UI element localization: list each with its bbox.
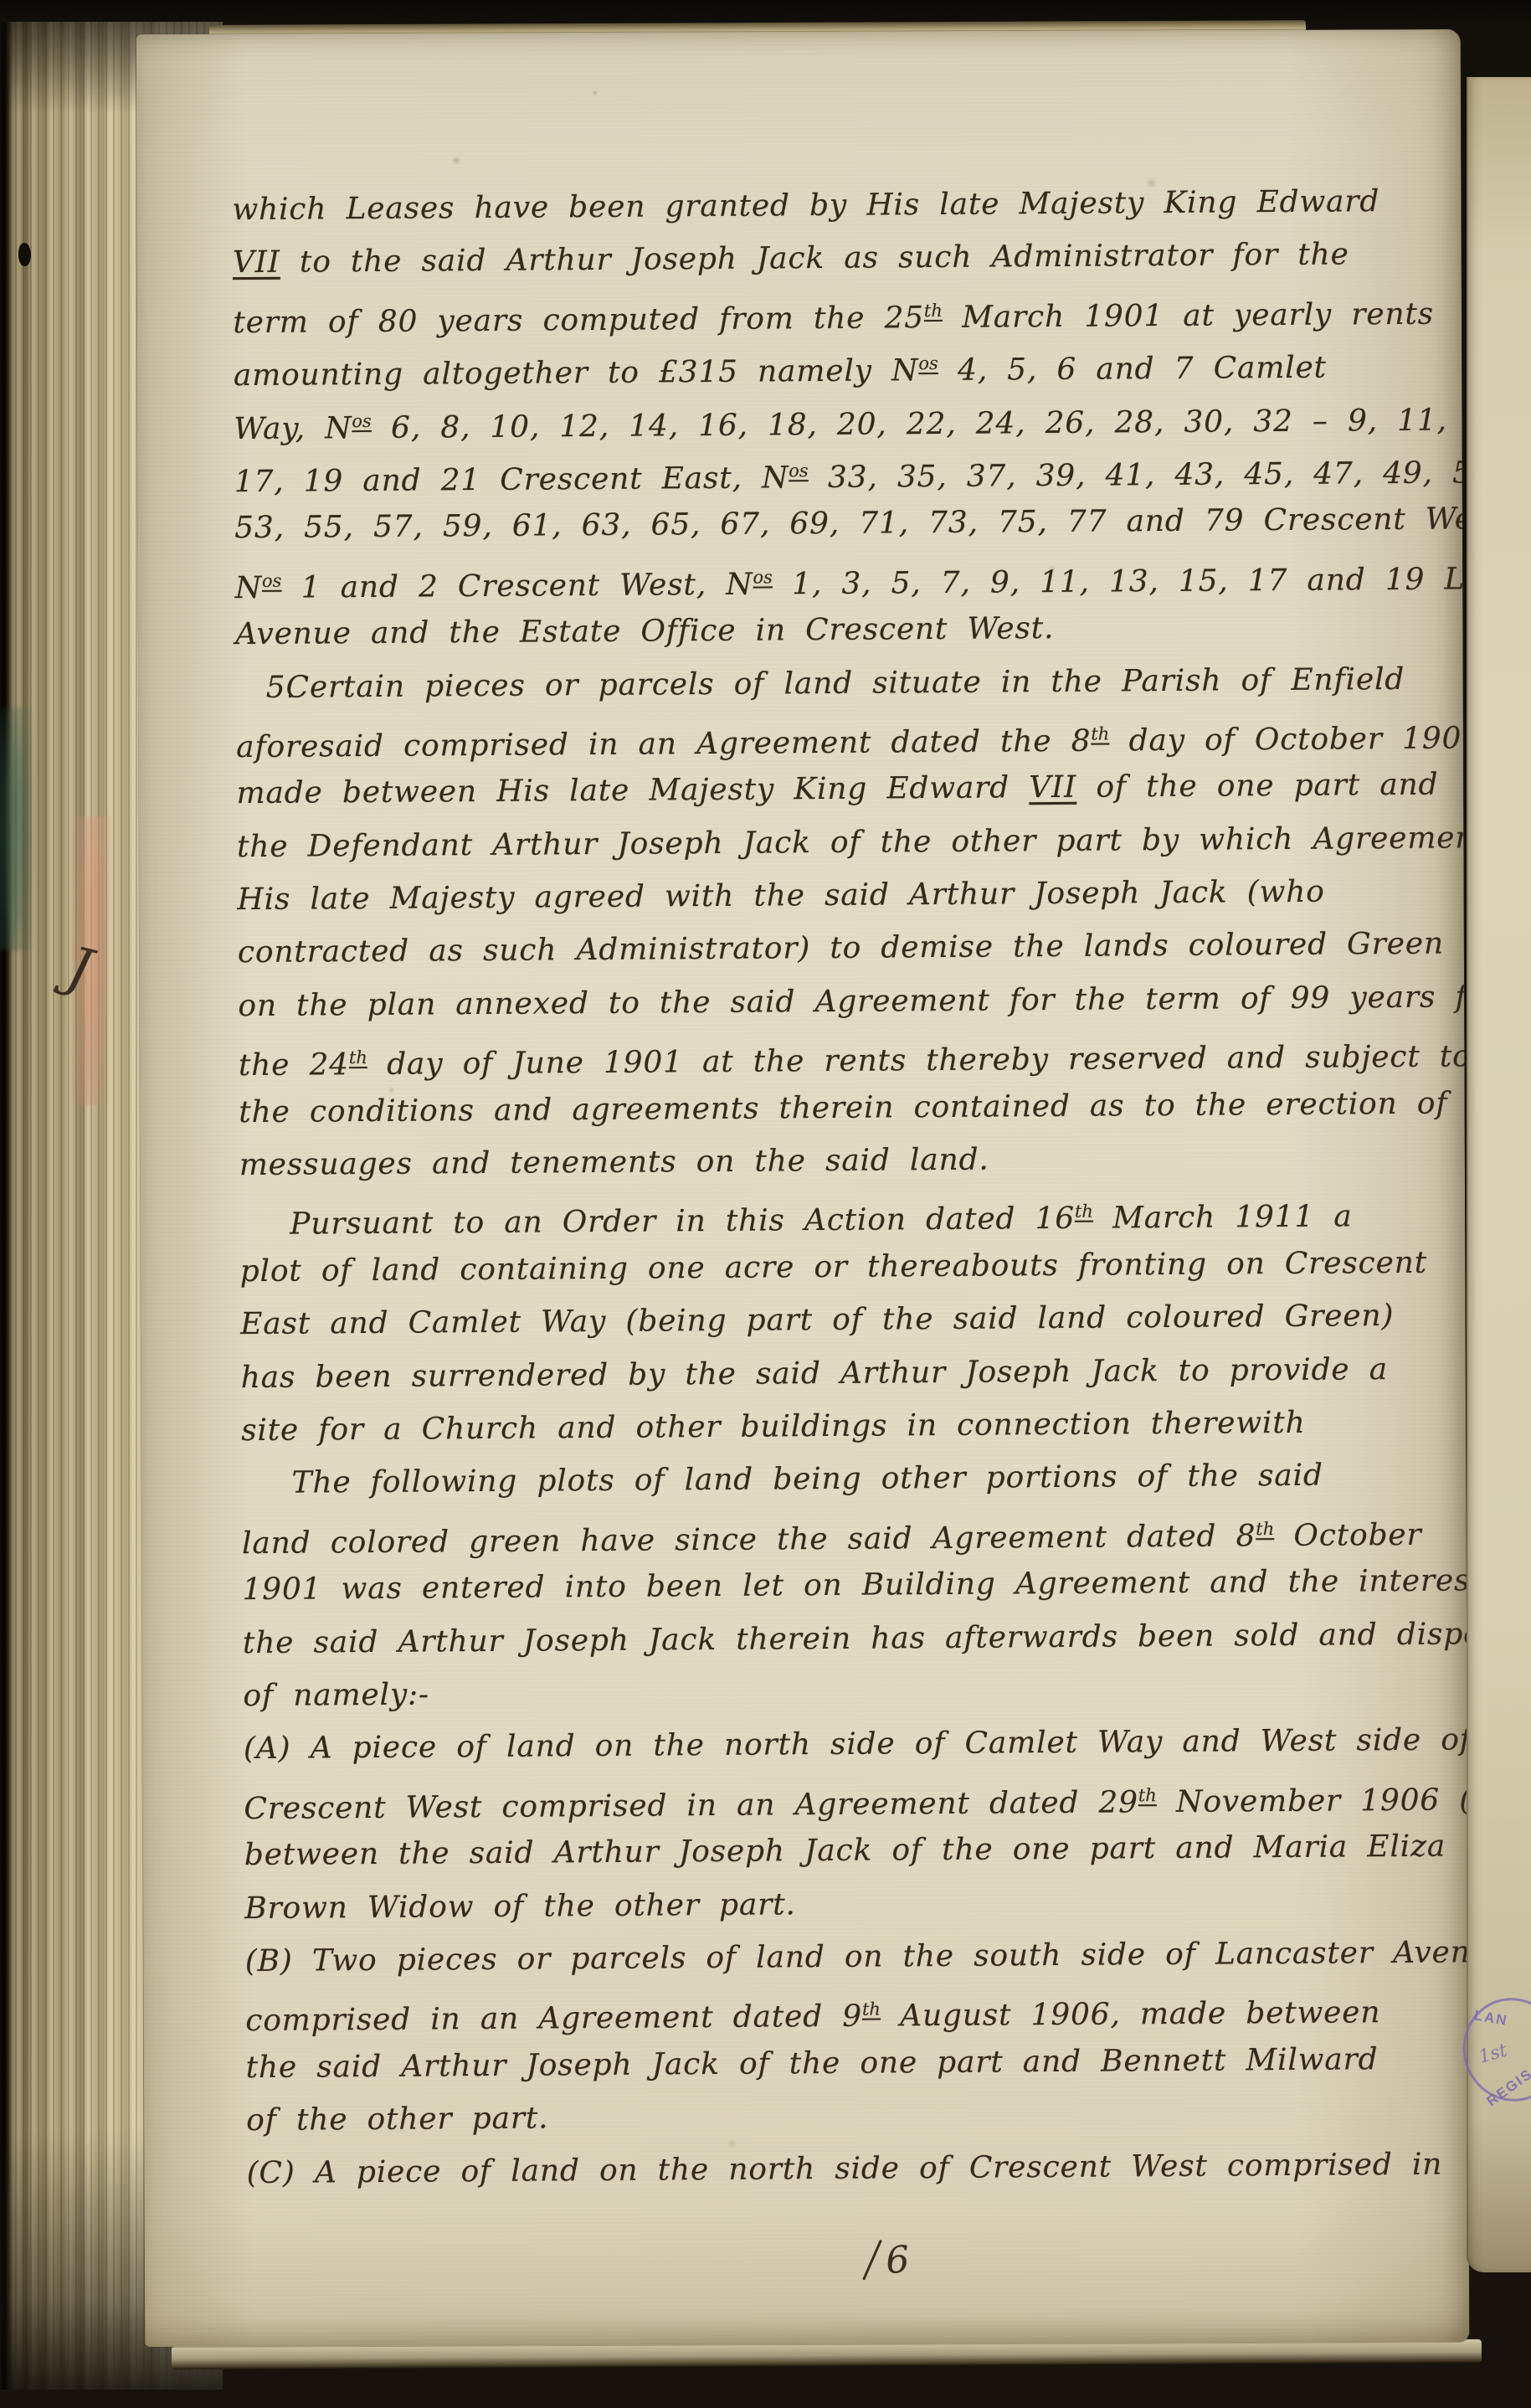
manuscript-text: of the one part and <box>1076 768 1439 805</box>
manuscript-text: os <box>789 461 809 481</box>
manuscript-text: amounting altogether to £315 namely N <box>234 353 919 393</box>
manuscript-text: th <box>1075 1201 1093 1222</box>
manuscript-line: the conditions and agreements therein co… <box>239 1077 1454 1139</box>
manuscript-text: The following plots of land being other … <box>291 1459 1323 1500</box>
manuscript-text: th <box>1091 723 1109 743</box>
manuscript-line: the Defendant Arthur Joseph Jack of the … <box>237 811 1452 873</box>
manuscript-text: VII <box>1029 770 1076 805</box>
manuscript-line: amounting altogether to £315 namely Nos … <box>234 334 1449 396</box>
manuscript-line: Crescent West comprised in an Agreement … <box>244 1767 1459 1829</box>
manuscript-line: term of 80 years computed from the 25th … <box>233 280 1448 342</box>
manuscript-text: th <box>924 301 943 321</box>
manuscript-line: Avenue and the Estate Office in Crescent… <box>235 599 1451 661</box>
manuscript-text: Certain pieces or parcels of land situat… <box>285 661 1405 704</box>
manuscript-line: between the said Arthur Joseph Jack of t… <box>244 1820 1460 1882</box>
manuscript-text: th <box>862 1999 881 2020</box>
manuscript-text: day of June 1901 at the rents thereby re… <box>367 1040 1470 1083</box>
page-number: 6 <box>873 2228 912 2283</box>
manuscript-text: (C) A piece of land on the north side of… <box>246 2148 1442 2190</box>
manuscript-text: the said Arthur Joseph Jack of the one p… <box>246 2042 1379 2085</box>
manuscript-line: His late Majesty agreed with the said Ar… <box>237 865 1452 927</box>
manuscript-text: March 1911 a <box>1093 1200 1353 1236</box>
manuscript-text: made between His late Majesty King Edwar… <box>236 770 1029 810</box>
manuscript-text: term of 80 years computed from the 25 <box>233 301 924 340</box>
manuscript-line: site for a Church and other buildings in… <box>241 1395 1457 1457</box>
manuscript-text: August 1906, made between <box>881 1995 1381 2033</box>
manuscript-line: land colored green have since the said A… <box>242 1501 1457 1563</box>
manuscript-text: 1, 3, 5, 7, 9, 11, 13, 15, 17 and 19 Lan… <box>773 561 1469 601</box>
manuscript-line: (B) Two pieces or parcels of land on the… <box>245 1926 1461 1988</box>
manuscript-text: N <box>235 571 263 605</box>
manuscript-text: the Defendant Arthur Joseph Jack of the … <box>237 821 1469 864</box>
manuscript-line: aforesaid comprised in an Agreement date… <box>236 705 1451 767</box>
manuscript-text: on the plan annexed to the said Agreemen… <box>238 980 1469 1023</box>
manuscript-text: 1 and 2 Crescent West, N <box>281 567 753 605</box>
manuscript-line: East and Camlet Way (being part of the s… <box>240 1289 1456 1351</box>
manuscript-text: th <box>349 1047 367 1068</box>
manuscript-line: has been surrendered by the said Arthur … <box>240 1342 1456 1404</box>
manuscript-line: messuages and tenements on the said land… <box>239 1130 1455 1192</box>
manuscript-line: of namely:- <box>243 1660 1458 1722</box>
manuscript-text: messuages and tenements on the said land… <box>239 1143 989 1183</box>
manuscript-line: of the other part. <box>246 2086 1462 2148</box>
manuscript-line: 53, 55, 57, 59, 61, 63, 65, 67, 69, 71, … <box>234 493 1450 555</box>
manuscript-text: to the said Arthur Joseph Jack as such A… <box>280 238 1349 280</box>
manuscript-text: site for a Church and other buildings in… <box>241 1406 1306 1448</box>
manuscript-text: land colored green have since the said A… <box>242 1519 1256 1561</box>
manuscript-text: Way, N <box>234 411 352 446</box>
manuscript-text: the 24 <box>239 1047 349 1083</box>
manuscript-line: contracted as such Administrator) to dem… <box>238 918 1453 980</box>
manuscript-text: th <box>1138 1785 1157 1805</box>
manuscript-text: 53, 55, 57, 59, 61, 63, 65, 67, 69, 71, … <box>234 502 1469 545</box>
manuscript-line: Pursuant to an Order in this Action date… <box>239 1183 1455 1245</box>
manuscript-text: os <box>352 410 372 430</box>
manuscript-text: (A) A piece of land on the north side of… <box>244 1723 1470 1767</box>
manuscript-text: Avenue and the Estate Office in Crescent… <box>235 611 1054 651</box>
manuscript-text: has been surrendered by the said Arthur … <box>240 1352 1388 1395</box>
manuscript-text: of the other part. <box>246 2102 548 2138</box>
manuscript-text: March 1901 at yearly rents <box>943 296 1434 334</box>
manuscript-line: plot of land containing one acre or ther… <box>239 1236 1455 1298</box>
manuscript-text: Crescent West comprised in an Agreement … <box>244 1785 1138 1826</box>
manuscript-text: 6, 8, 10, 12, 14, 16, 18, 20, 22, 24, 26… <box>372 402 1470 445</box>
manuscript-line: the said Arthur Joseph Jack therein has … <box>243 1608 1458 1670</box>
manuscript-line: (A) A piece of land on the north side of… <box>244 1714 1459 1776</box>
manuscript-line: made between His late Majesty King Edwar… <box>236 759 1451 821</box>
manuscript-text: VII <box>233 245 280 280</box>
manuscript-text: between the said Arthur Joseph Jack of t… <box>244 1829 1446 1873</box>
manuscript-text: comprised in an Agreement dated 9 <box>245 1999 862 2038</box>
manuscript-text: day of October 1901 <box>1109 721 1469 758</box>
next-page-fore-edge <box>1467 77 1531 2272</box>
green-smudge-mark <box>0 707 37 950</box>
manuscript-text: 1901 was entered into been let on Buildi… <box>242 1563 1469 1607</box>
manuscript-line: 1901 was entered into been let on Buildi… <box>242 1555 1457 1617</box>
manuscript-text: os <box>918 353 938 373</box>
manuscript-line: comprised in an Agreement dated 9th Augu… <box>245 1979 1461 2041</box>
manuscript-line: 5.Certain pieces or parcels of land situ… <box>235 652 1451 714</box>
manuscript-text: 33, 35, 37, 39, 41, 43, 45, 47, 49, 51, <box>809 455 1470 495</box>
manuscript-text: 4, 5, 6 and 7 Camlet <box>938 351 1327 388</box>
manuscript-line: VII to the said Arthur Joseph Jack as su… <box>233 228 1448 290</box>
manuscript-text: Pursuant to an Order in this Action date… <box>290 1201 1075 1242</box>
manuscript-line: The following plots of land being other … <box>241 1448 1457 1510</box>
manuscript-text: contracted as such Administrator) to dem… <box>238 927 1444 970</box>
manuscript-line: Brown Widow of the other part. <box>244 1873 1460 1935</box>
manuscript-text: East and Camlet Way (being part of the s… <box>240 1299 1394 1341</box>
manuscript-text: which Leases have been granted by His la… <box>232 184 1379 227</box>
manuscript-text: His late Majesty agreed with the said Ar… <box>237 875 1324 918</box>
manuscript-text: 17, 19 and 21 Crescent East, N <box>234 461 789 499</box>
manuscript-text: October <box>1274 1518 1422 1553</box>
manuscript-line: the 24th day of June 1901 at the rents t… <box>239 1024 1454 1086</box>
manuscript-page: which Leases have been granted by His la… <box>136 29 1470 2347</box>
manuscript-text: os <box>262 570 282 590</box>
manuscript-text: the said Arthur Joseph Jack therein has … <box>243 1616 1469 1659</box>
manuscript-text: Brown Widow of the other part. <box>244 1887 796 1926</box>
manuscript-text: os <box>753 567 773 587</box>
manuscript-line: on the plan annexed to the said Agreemen… <box>238 970 1453 1032</box>
ink-blot-mark <box>18 243 31 266</box>
clause-number: 5. <box>215 661 295 714</box>
manuscript-text: aforesaid comprised in an Agreement date… <box>236 724 1092 764</box>
manuscript-text: the conditions and agreements therein co… <box>239 1086 1447 1129</box>
manuscript-text: th <box>1256 1519 1274 1539</box>
manuscript-text: of namely:- <box>243 1677 429 1713</box>
manuscript-line: (C) A piece of land on the north side of… <box>246 2138 1462 2200</box>
manuscript-lines: which Leases have been granted by His la… <box>232 175 1462 2200</box>
manuscript-line: 17, 19 and 21 Crescent East, Nos 33, 35,… <box>234 440 1450 502</box>
manuscript-text: November 1906 (made <box>1157 1782 1470 1819</box>
manuscript-line: Way, Nos 6, 8, 10, 12, 14, 16, 18, 20, 2… <box>234 387 1449 449</box>
manuscript-line: which Leases have been granted by His la… <box>232 175 1447 237</box>
manuscript-line: the said Arthur Joseph Jack of the one p… <box>245 2032 1461 2094</box>
manuscript-text: (B) Two pieces or parcels of land on the… <box>245 1935 1470 1978</box>
manuscript-line: Nos 1 and 2 Crescent West, Nos 1, 3, 5, … <box>234 546 1450 608</box>
manuscript-text: plot of land containing one acre or ther… <box>240 1246 1427 1289</box>
